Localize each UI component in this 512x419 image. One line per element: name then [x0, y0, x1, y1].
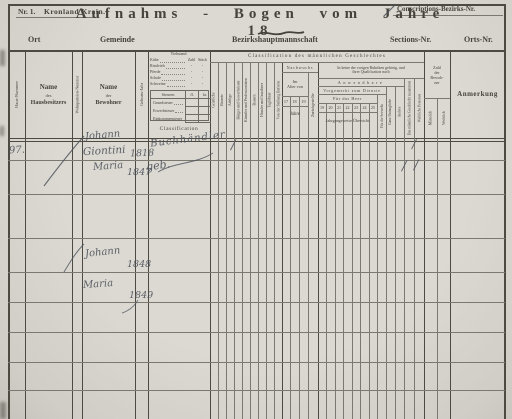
hausbesitzer-line2: des	[46, 93, 52, 98]
grid-vline	[326, 103, 327, 419]
steuern-cell	[185, 99, 198, 107]
tick-mark: ∕	[414, 158, 418, 173]
grid-vline	[377, 94, 378, 419]
grid-vline	[369, 103, 370, 419]
weibliche-personen-col: Weibliche Personen	[414, 78, 424, 138]
entry-g1-name3: Maria	[93, 160, 124, 173]
bewohner-line2: der	[106, 93, 112, 98]
steuern-title: Steuern	[151, 91, 185, 99]
class-col-buerger: Bürger und Gewerbsleute	[234, 62, 242, 138]
grid-hline	[8, 194, 505, 195]
ort-label: Ort	[28, 35, 40, 44]
maennliches-geschlecht-col: Das männliche Geschlecht zusammen	[404, 78, 414, 138]
form-number: Nr. 1.	[18, 7, 35, 16]
year-19: 19	[318, 103, 326, 112]
grid-hline	[8, 302, 505, 303]
class-col-befreite: Von der Stellung Befreite	[274, 62, 282, 138]
class-col-beamte: Beamte	[218, 62, 226, 138]
uebrige-title: In keine der vorigen Rubriken gehörig, u…	[319, 63, 423, 77]
entry-g1-note2: geb.	[145, 157, 171, 173]
vorgemerkt-label: Vorgemerkt zum Dienste	[318, 86, 386, 94]
col-header-bewohner: Name der Bewohner	[82, 50, 135, 138]
andere-col: Andere	[395, 86, 404, 138]
steuern-cell	[185, 107, 198, 115]
sections-nr-label: Sections-Nr.	[390, 35, 431, 44]
grid-vline	[343, 103, 344, 419]
grid-vline	[335, 103, 336, 419]
steuern-box: Steuern fl. kr. Grundsteuer Erwerbsteuer…	[150, 90, 209, 121]
nachwuchs-title: Nachwuchs	[282, 63, 318, 71]
uebersicht-label: Jahrgangsweise Übersicht	[318, 113, 377, 127]
tick-mark: ∕	[231, 138, 235, 153]
classification-title: Classification des männlichen Geschlecht…	[210, 51, 424, 62]
nachwuchs-age-18: 18	[290, 96, 299, 106]
year-21: 21	[335, 103, 343, 112]
year-24: 24	[360, 103, 369, 112]
year-23: 23	[352, 103, 360, 112]
bewohner-line1: Name	[100, 83, 118, 91]
year-22: 22	[343, 103, 352, 112]
grid-hline	[8, 332, 505, 333]
viehstand-title: Viehstand:	[148, 50, 210, 57]
col-header-haus-nummer: Haus-Nummer	[8, 50, 25, 138]
class-col-kuenstler: Künstler und Professionisten	[242, 62, 250, 138]
grid-vline	[360, 103, 361, 419]
zurueckgestellte-col: Zurückgestellte	[308, 72, 318, 138]
grid-hline	[8, 160, 505, 161]
census-form-sheet: Nr. 1. Kronland Krain. Conscriptions-Bez…	[0, 0, 512, 419]
heer-label: Für das Heer	[318, 94, 377, 103]
nachwuchs-alter: Im Alter von	[282, 73, 308, 94]
entry-haus-nummer: 97.	[9, 145, 25, 157]
class-col-adelige: Adelige	[226, 62, 234, 138]
entry-g1-name2: Giontini	[83, 144, 126, 158]
paper-smudge	[0, 126, 4, 136]
col-header-hausbesitzer: Name des Hausbesitzers	[25, 50, 72, 138]
entry-g2-year2: 1849	[129, 290, 153, 301]
tick-mark: ∕	[402, 159, 406, 174]
col-header-anmerkung: Anmerkung	[450, 50, 505, 138]
viehstand-rows: KüheZahlStück Rindvieh-- Pferde-- Schafe…	[148, 57, 210, 87]
hausbesitzer-line1: Name	[40, 83, 58, 91]
bewohner-line3: Bewohner	[96, 100, 122, 106]
year-20: 20	[326, 103, 335, 112]
col-header-geburtsjahr: Geburts-Jahr	[135, 50, 148, 138]
weiblich-subcol: Weiblich	[437, 98, 450, 138]
nachwuchs-age-17: 17	[282, 96, 290, 106]
class-col-haeusler: Häusler und Inwohner	[258, 62, 266, 138]
steuern-row-label: Grundsteuer	[151, 99, 185, 107]
steuern-row-label: Erwerbsteuer	[151, 107, 185, 115]
paper-smudge	[0, 50, 5, 66]
seewehr-col: Für die Seewehr	[377, 94, 386, 138]
grid-hline	[8, 390, 505, 391]
maennlich-subcol: Männlich	[424, 98, 437, 138]
class-col-geistliche: Geistliche	[210, 62, 218, 138]
tick-mark: ∕	[412, 137, 416, 151]
grid-vline	[299, 96, 300, 419]
summe-header: Zahl der Bewoh- ner	[424, 54, 450, 96]
viehstand-steuern-box: Viehstand: KüheZahlStück Rindvieh-- Pfer…	[148, 50, 210, 138]
grid-hline	[8, 238, 505, 239]
grid-vline	[437, 98, 438, 419]
nachwuchs-age-19: 19	[299, 96, 308, 106]
form-title: Aufnahms - Bogen vom Jahre 18	[60, 13, 460, 33]
anwendbare-label: Anwendbare	[318, 78, 404, 86]
class-col-tagloehner: Taglöhner	[266, 62, 274, 138]
orts-nr-label: Orts-Nr.	[464, 35, 493, 44]
class-col-bauern: Bauern	[250, 62, 258, 138]
steuern-fl-header: fl.	[185, 91, 198, 99]
bezirkshauptmannschaft-label: Bezirkshauptmannschaft	[232, 35, 318, 44]
entry-g2-year1: 1848	[127, 259, 151, 270]
viehstand-row: Schweine--	[148, 81, 210, 87]
untaugliche-col: Ganz Untaugliche	[386, 86, 395, 138]
grid-hline	[8, 272, 505, 273]
steuern-grid: Steuern fl. kr. Grundsteuer Erwerbsteuer…	[151, 91, 208, 123]
nachwuchs-jahre-label: Jahre	[282, 107, 308, 121]
grid-hline	[8, 362, 505, 363]
hausbesitzer-line3: Hausbesitzers	[31, 100, 67, 106]
year-25: 25	[369, 103, 377, 112]
grid-vline	[290, 96, 291, 419]
gemeinde-label: Gemeinde	[100, 35, 135, 44]
paper-smudge	[0, 402, 6, 419]
entry-g2-name1: Johann	[85, 245, 121, 260]
entry-g2-name2: Maria	[83, 278, 114, 291]
col-header-wohnpartei: Wohnparteien-Nummer	[72, 50, 82, 138]
grid-vline	[352, 103, 353, 419]
